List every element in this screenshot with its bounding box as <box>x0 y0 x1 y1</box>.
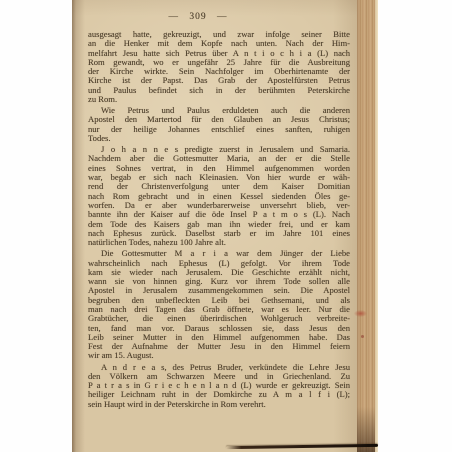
paragraph-andreas: A n d r e a s, des Petrus Bruder, verkün… <box>88 363 350 409</box>
red-blemish-mark <box>354 310 367 317</box>
text-line: und Paulus befindet sich in der berühmte… <box>88 86 350 95</box>
text-line: nur der heilige Johannes entschlief eine… <box>88 125 350 134</box>
paragraph-johannes: J o h a n n e s predigte zuerst in Jerus… <box>88 145 350 247</box>
text-line: sein Haupt wird in der Peterskirche in R… <box>88 400 350 409</box>
text-line: wir am 15. August. <box>88 351 350 360</box>
page-text-block: ausgesagt hatte, gekreuzigt, und zwar in… <box>88 30 350 409</box>
text-line: natürlichen Todes, nahezu 100 Jahre alt. <box>88 238 350 247</box>
paragraph-apostles-martyrdom: Wie Petrus und Paulus erduldeten auch di… <box>88 106 350 143</box>
small-red-dot <box>361 335 364 338</box>
text-line: zu Rom. <box>88 95 350 104</box>
page-number-header: — 309 — <box>72 12 324 22</box>
text-line: Todes. <box>88 134 350 143</box>
scanned-book-page-photo: — 309 — ausgesagt hatte, gekreuzigt, und… <box>0 0 452 452</box>
book-page: — 309 — ausgesagt hatte, gekreuzigt, und… <box>72 0 357 452</box>
paragraph-maria: Die Gottesmutter M a r i a war dem Jünge… <box>88 249 350 361</box>
paragraph-continuation-petrus: ausgesagt hatte, gekreuzigt, und zwar in… <box>88 30 350 104</box>
book-fore-edge-pages <box>357 0 378 452</box>
